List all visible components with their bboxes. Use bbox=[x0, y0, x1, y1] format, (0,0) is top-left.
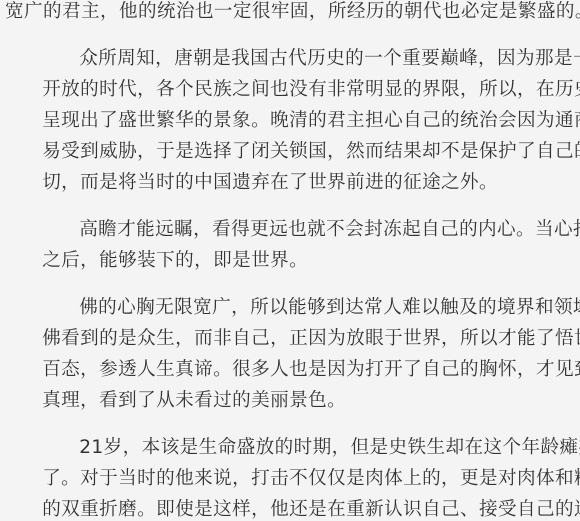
text-line: 高瞻才能远瞩，看得更远也就不会封冻起自己的内心。当心打开 bbox=[5, 214, 580, 245]
paragraph-5: 21岁，本该是生命盛放的时期，但是史铁生却在这个年龄瘫痪 了。对于当时的他来说，… bbox=[5, 432, 580, 521]
text-line: 的双重折磨。即使是这样，他还是在重新认识自己、接受自己的过程 bbox=[5, 494, 580, 521]
text-line: 呈现出了盛世繁华的景象。晚清的君主担心自己的统治会因为通商贸 bbox=[5, 105, 580, 136]
text-line: 众所周知，唐朝是我国古代历史的一个重要巅峰，因为那是一个 bbox=[5, 43, 580, 74]
text-line: 切，而是将当时的中国遗弃在了世界前进的征途之外。 bbox=[5, 167, 580, 198]
text-line: 易受到威胁，于是选择了闭关锁国，然而结果却不是保护了自己的一 bbox=[5, 136, 580, 167]
paragraph-3: 高瞻才能远瞩，看得更远也就不会封冻起自己的内心。当心打开 之后，能够装下的，即是… bbox=[5, 214, 580, 276]
article-body: 宽广的君主，他的统治也一定很牢固，所经历的朝代也必定是繁盛的。 众所周知，唐朝是… bbox=[0, 0, 580, 521]
text-line: 真理，看到了从未看过的美丽景色。 bbox=[5, 385, 580, 416]
text-line: 佛看到的是众生，而非自己，正因为放眼于世界，所以才能了悟世间 bbox=[5, 323, 580, 354]
text-line: 21岁，本该是生命盛放的时期，但是史铁生却在这个年龄瘫痪 bbox=[5, 432, 580, 463]
text-line: 百态，参透人生真谛。很多人也是因为打开了自己的胸怀，才见到了 bbox=[5, 354, 580, 385]
text-line: 了。对于当时的他来说，打击不仅仅是肉体上的，更是对肉体和精神 bbox=[5, 463, 580, 494]
text-line: 宽广的君主，他的统治也一定很牢固，所经历的朝代也必定是繁盛的。 bbox=[5, 0, 580, 27]
text-line: 之后，能够装下的，即是世界。 bbox=[5, 245, 580, 276]
text-line: 佛的心胸无限宽广，所以能够到达常人难以触及的境界和领域。 bbox=[5, 292, 580, 323]
paragraph-1: 宽广的君主，他的统治也一定很牢固，所经历的朝代也必定是繁盛的。 bbox=[5, 0, 580, 27]
paragraph-2: 众所周知，唐朝是我国古代历史的一个重要巅峰，因为那是一个 开放的时代，各个民族之… bbox=[5, 43, 580, 198]
text-line: 开放的时代，各个民族之间也没有非常明显的界限，所以，在历史上 bbox=[5, 74, 580, 105]
paragraph-4: 佛的心胸无限宽广，所以能够到达常人难以触及的境界和领域。 佛看到的是众生，而非自… bbox=[5, 292, 580, 416]
